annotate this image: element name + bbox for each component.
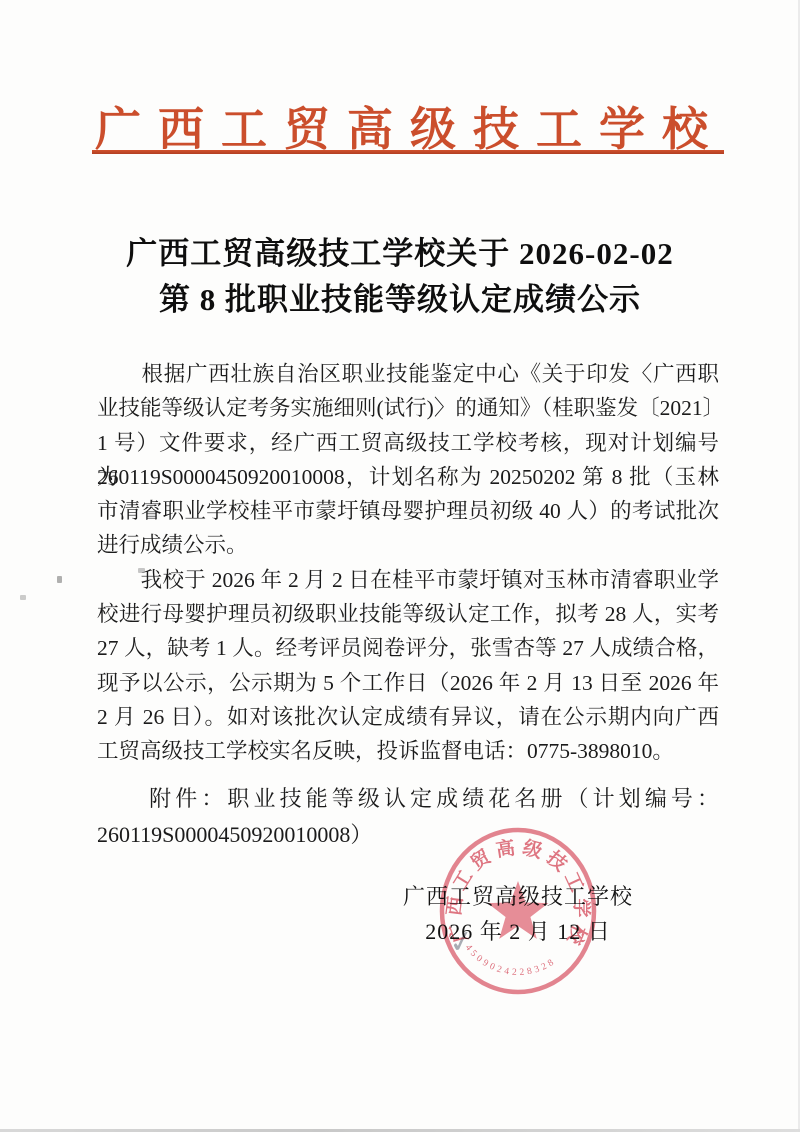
text-line: 业技能等级认定考务实施细则(试行)〉的通知》（桂职鉴发〔2021〕: [97, 391, 719, 425]
text-line: 附件：职业技能等级认定成绩花名册（计划编号：: [97, 781, 719, 817]
letterhead-rule: [92, 150, 724, 154]
scanned-notice-page: 广西工贸高级技工学校 广西工贸高级技工学校关于 2026-02-02 第 8 批…: [0, 0, 800, 1132]
text-line: 工贸高级技工学校实名反映，投诉监督电话：0775-3898010。: [97, 734, 719, 768]
body-text: 根据广西壮族自治区职业技能鉴定中心《关于印发〈广西职业技能等级认定考务实施细则(…: [97, 357, 719, 769]
official-seal-stamp: 广西工贸高级技工学校 4509024228328: [436, 824, 602, 998]
body-paragraph-1: 根据广西壮族自治区职业技能鉴定中心《关于印发〈广西职业技能等级认定考务实施细则(…: [97, 357, 719, 563]
text-line: 1 号）文件要求，经广西工贸高级技工学校考核，现对计划编号为：: [97, 426, 719, 460]
seal-star-icon: [488, 881, 549, 939]
text-line: 现予以公示，公示期为 5 个工作日（2026 年 2 月 13 日至 2026 …: [97, 666, 719, 700]
text-line: 根据广西壮族自治区职业技能鉴定中心《关于印发〈广西职: [97, 357, 719, 391]
document-title: 广西工贸高级技工学校关于 2026-02-02 第 8 批职业技能等级认定成绩公…: [88, 231, 712, 323]
text-line: 我校于 2026 年 2 月 2 日在桂平市蒙圩镇对玉林市清睿职业学: [97, 563, 719, 597]
text-line: 260119S0000450920010008，计划名称为 20250202 第…: [97, 460, 719, 494]
seal-code-text: 4509024228328: [463, 943, 559, 978]
text-line: 27 人，缺考 1 人。经考评员阅卷评分，张雪杏等 27 人成绩合格，: [97, 631, 719, 665]
text-line: 校进行母婴护理员初级职业技能等级认定工作，拟考 28 人，实考: [97, 597, 719, 631]
document-title-line2: 第 8 批职业技能等级认定成绩公示: [88, 277, 712, 323]
scan-speck: [20, 595, 26, 600]
scan-speck: [138, 568, 145, 573]
attachment-note: 附件：职业技能等级认定成绩花名册（计划编号：260119S00004509200…: [97, 781, 719, 852]
text-line: 市清睿职业学校桂平市蒙圩镇母婴护理员初级 40 人）的考试批次: [97, 494, 719, 528]
text-line: 2 月 26 日）。如对该批次认定成绩有异议，请在公示期内向广西: [97, 700, 719, 734]
text-line: 进行成绩公示。: [97, 528, 719, 562]
text-line: 260119S0000450920010008）: [97, 817, 719, 853]
document-title-line1: 广西工贸高级技工学校关于 2026-02-02: [88, 231, 712, 277]
body-paragraph-2: 我校于 2026 年 2 月 2 日在桂平市蒙圩镇对玉林市清睿职业学校进行母婴护…: [97, 563, 719, 769]
scan-speck: [57, 576, 62, 583]
